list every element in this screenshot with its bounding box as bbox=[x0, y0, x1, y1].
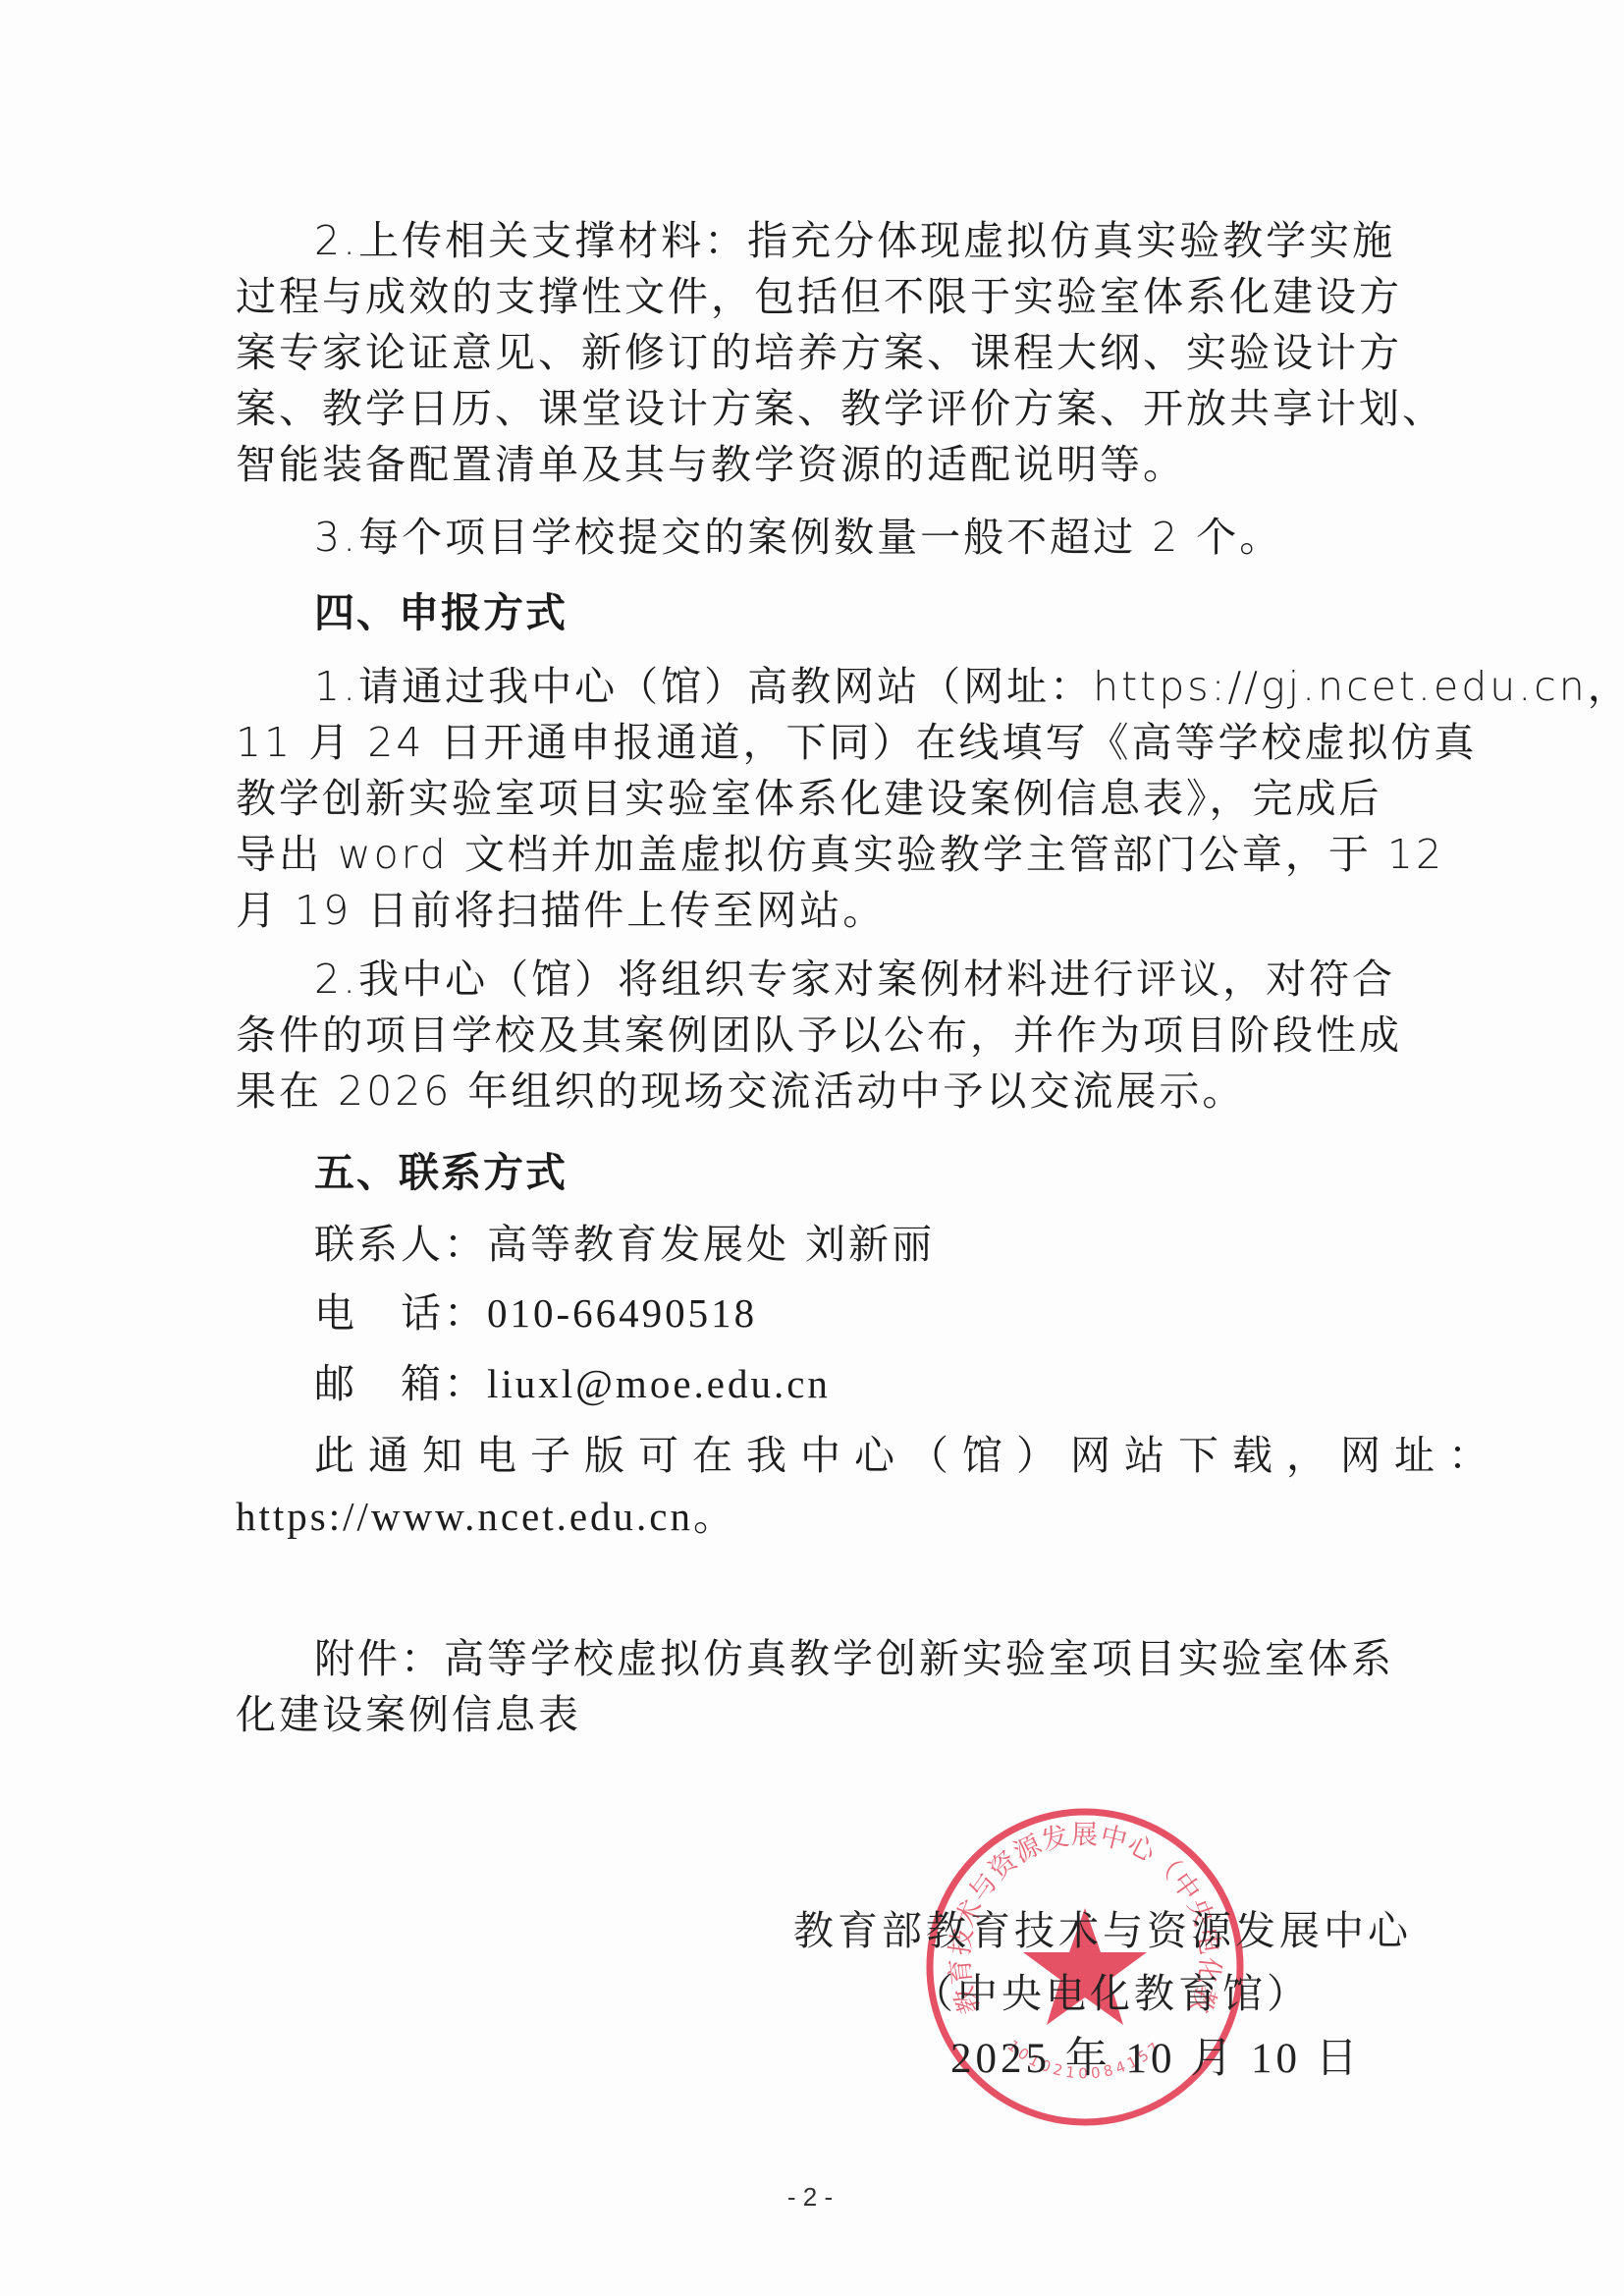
contact-person: 联系人：高等教育发展处 刘新丽 bbox=[314, 1217, 1375, 1273]
phone-value: 010-66490518 bbox=[487, 1290, 757, 1336]
paragraph-line: 月 19 日前将扫描件上传至网站。 bbox=[236, 883, 1375, 939]
paragraph-line: 11 月 24 日开通申报通道，下同）在线填写《高等学校虚拟仿真 bbox=[236, 715, 1375, 771]
paragraph-line: 过程与成效的支撑性文件，包括但不限于实验室体系化建设方 bbox=[236, 269, 1375, 325]
contact-email: 邮 箱：liuxl@moe.edu.cn bbox=[314, 1356, 1375, 1412]
paragraph-line: 果在 2026 年组织的现场交流活动中予以交流展示。 bbox=[236, 1064, 1375, 1120]
signature-date: 2025 年 10 月 10 日 bbox=[950, 2031, 1362, 2087]
paragraph-line: 1.请通过我中心（馆）高教网站（网址：https://gj.ncet.edu.c… bbox=[314, 659, 1375, 715]
attachment-line: 附件：高等学校虚拟仿真教学创新实验室项目实验室体系 bbox=[314, 1631, 1375, 1687]
contact-value: 高等教育发展处 刘新丽 bbox=[487, 1221, 935, 1268]
contact-phone: 电 话：010-66490518 bbox=[314, 1285, 1375, 1341]
paragraph-line: 智能装备配置清单及其与教学资源的适配说明等。 bbox=[236, 437, 1375, 493]
paragraph-line: 案、教学日历、课堂设计方案、教学评价方案、开放共享计划、 bbox=[236, 381, 1375, 437]
attachment-line: 化建设案例信息表 bbox=[236, 1687, 1375, 1743]
paragraph-line: 导出 word 文档并加盖虚拟仿真实验教学主管部门公章，于 12 bbox=[236, 827, 1375, 883]
paragraph-line: 案专家论证意见、新修订的培养方案、课程大纲、实验设计方 bbox=[236, 325, 1375, 381]
paragraph-line: 2.我中心（馆）将组织专家对案例材料进行评议，对符合 bbox=[314, 952, 1375, 1008]
paragraph-line: 条件的项目学校及其案例团队予以公布，并作为项目阶段性成 bbox=[236, 1008, 1375, 1064]
signature-org-line2: （中央电化教育馆） bbox=[913, 1966, 1311, 2022]
email-value[interactable]: liuxl@moe.edu.cn bbox=[487, 1361, 831, 1406]
download-notice-line: 此通知电子版可在我中心（馆）网站下载，网址： bbox=[314, 1428, 1375, 1484]
section-heading-4: 四、申报方式 bbox=[314, 585, 1375, 641]
paragraph-item-3: 3.每个项目学校提交的案例数量一般不超过 2 个。 bbox=[314, 510, 1375, 566]
page-number: - 2 - bbox=[776, 2182, 844, 2213]
phone-label: 电 话： bbox=[314, 1289, 487, 1337]
contact-label: 联系人： bbox=[314, 1221, 487, 1268]
email-label: 邮 箱： bbox=[314, 1360, 487, 1407]
signature-org-line1: 教育部教育技术与资源发展中心 bbox=[793, 1903, 1412, 1959]
paragraph-line: 教学创新实验室项目实验室体系化建设案例信息表》，完成后 bbox=[236, 771, 1375, 827]
paragraph-line: 2.上传相关支撑材料：指充分体现虚拟仿真实验教学实施 bbox=[314, 213, 1375, 269]
document-page: 2.上传相关支撑材料：指充分体现虚拟仿真实验教学实施 过程与成效的支撑性文件，包… bbox=[0, 0, 1624, 2296]
section-heading-5: 五、联系方式 bbox=[314, 1145, 1375, 1201]
download-url[interactable]: https://www.ncet.edu.cn。 bbox=[236, 1489, 1375, 1545]
